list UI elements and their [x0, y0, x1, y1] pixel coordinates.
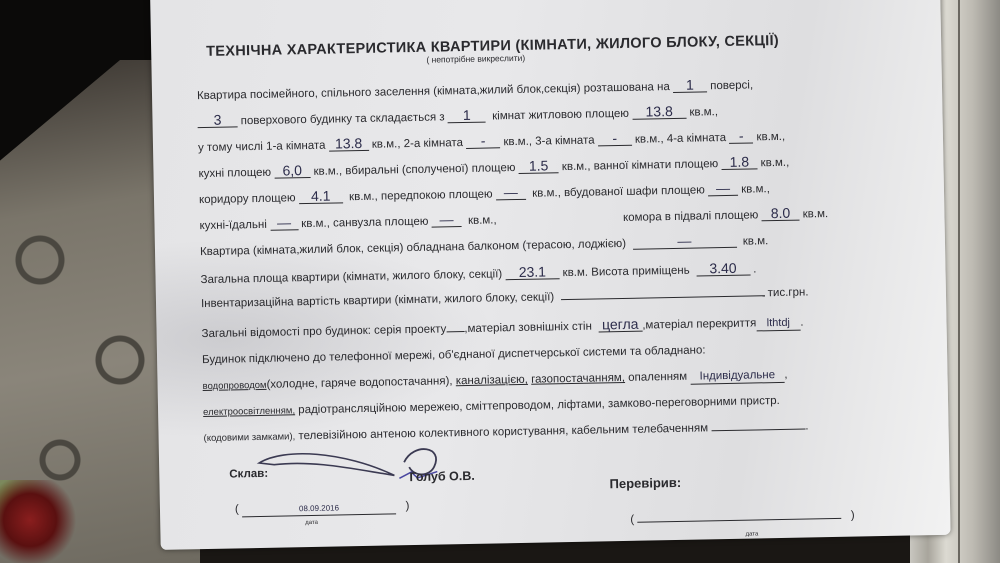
line-rooms: 3 поверхового будинку та складається з 1…: [197, 104, 718, 128]
kitchen-field: 6,0: [274, 164, 310, 179]
checked-label: Перевірив:: [609, 475, 681, 491]
checked-date-row: ( ): [630, 510, 855, 526]
floors-total-field: 3: [197, 113, 237, 128]
compiled-name: Голуб О.В.: [409, 469, 475, 484]
wall-material-field: цегла: [598, 318, 642, 333]
series-field: [446, 331, 464, 332]
background-object: [0, 480, 80, 563]
checked-date-field: [637, 518, 841, 523]
ceiling-height-field: 3.40: [696, 262, 750, 277]
line-dining-storage: кухні-їдальні — кв.м., санвузла площею —…: [199, 206, 839, 232]
document-sheet: ТЕХНІЧНА ХАРАКТЕРИСТИКА КВАРТИРИ (КІМНАТ…: [150, 0, 951, 550]
corridor-field: 4.1: [299, 189, 343, 204]
kitchen-dining-field: —: [270, 216, 298, 231]
compiled-date-caption: дата: [305, 520, 318, 526]
balcony-field: —: [632, 234, 736, 250]
line-kitchen-bath: кухні площею 6,0 кв.м., вбиральні (сполу…: [198, 155, 789, 180]
room1-field: 13.8: [328, 137, 368, 152]
floor-field: 1: [673, 78, 707, 93]
line-location: Квартира посімейного, спільного заселенн…: [197, 77, 753, 102]
room4-field: -: [729, 129, 753, 143]
rooms-field: 1: [448, 109, 486, 124]
line-room-breakdown: у тому числі 1-а кімната 13.8 кв.м., 2-а…: [198, 129, 785, 154]
toilet-field: 1.5: [519, 159, 559, 174]
signature: [254, 439, 455, 493]
floor-material-field: lthtdj: [756, 317, 800, 332]
cable-tv-field: [711, 429, 805, 432]
heating-field: Індивідуальне: [690, 369, 784, 385]
closet-field: —: [708, 182, 738, 197]
total-area-field: 23.1: [505, 265, 559, 280]
compiled-date-field: 08.09.2016: [242, 500, 396, 517]
bathroom-combined-field: —: [431, 213, 461, 228]
compiled-label: Склав:: [229, 468, 268, 481]
compiled-date-row: ( 08.09.2016 ): [235, 500, 410, 517]
bathroom-field: 1.8: [721, 155, 757, 170]
background-folder-line: [958, 0, 960, 563]
room3-field: -: [598, 132, 632, 147]
basement-storage-field: 8.0: [761, 207, 799, 222]
document-content: ТЕХНІЧНА ХАРАКТЕРИСТИКА КВАРТИРИ (КІМНАТ…: [196, 30, 916, 69]
inventory-value-field: [561, 295, 765, 300]
hallway-field: —: [496, 186, 526, 201]
room2-field: -: [466, 134, 500, 149]
line-corridor: коридору площею 4.1 кв.м., передпокою пл…: [199, 181, 770, 206]
living-area-field: 13.8: [632, 105, 686, 120]
checked-date-caption: дата: [746, 531, 759, 537]
